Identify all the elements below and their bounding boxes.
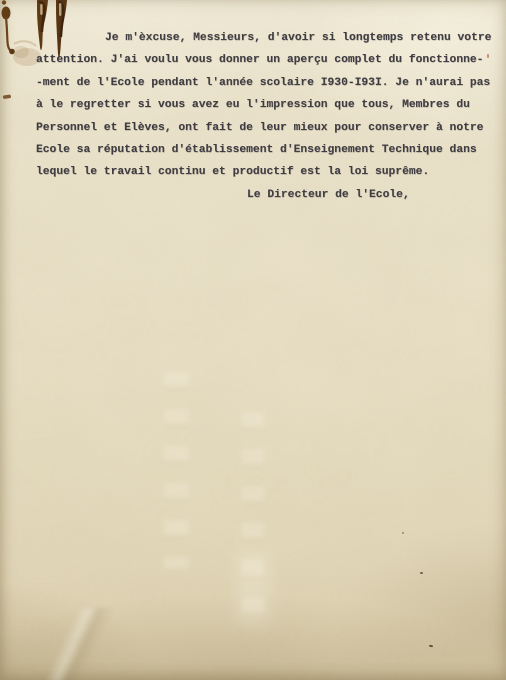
- paper-speck: [420, 572, 423, 574]
- letter-line: lequel le travail continu et productif e…: [36, 161, 498, 183]
- paper-speck: [402, 532, 404, 534]
- showthrough-ghost-blob: [236, 552, 270, 624]
- letter-line: -ment de l'Ecole pendant l'année scolair…: [36, 72, 498, 94]
- letter-line: attention. J'ai voulu vous donner un ape…: [36, 49, 498, 71]
- paper-crease: [0, 608, 158, 680]
- letter-text-block: Je m'èxcuse, Messieurs, d'avoir si longt…: [36, 27, 498, 206]
- letter-line: Ecole sa réputation d'établissement d'En…: [36, 139, 498, 161]
- letter-line: Je m'èxcuse, Messieurs, d'avoir si longt…: [36, 27, 498, 49]
- ink-stain-drip-left: [2, 0, 15, 54]
- signature-line: Le Directeur de l'Ecole,: [36, 184, 498, 206]
- scanned-letter-page: Je m'èxcuse, Messieurs, d'avoir si longt…: [0, 0, 506, 680]
- ink-speck-dash: [3, 94, 11, 99]
- paper-speck: [487, 54, 489, 58]
- letter-line: Personnel et Elèves, ont fait de leur mi…: [36, 117, 498, 139]
- letter-line: à le regretter si vous avez eu l'impress…: [36, 94, 498, 116]
- showthrough-ghost-column: [164, 372, 189, 568]
- paper-speck: [429, 645, 433, 648]
